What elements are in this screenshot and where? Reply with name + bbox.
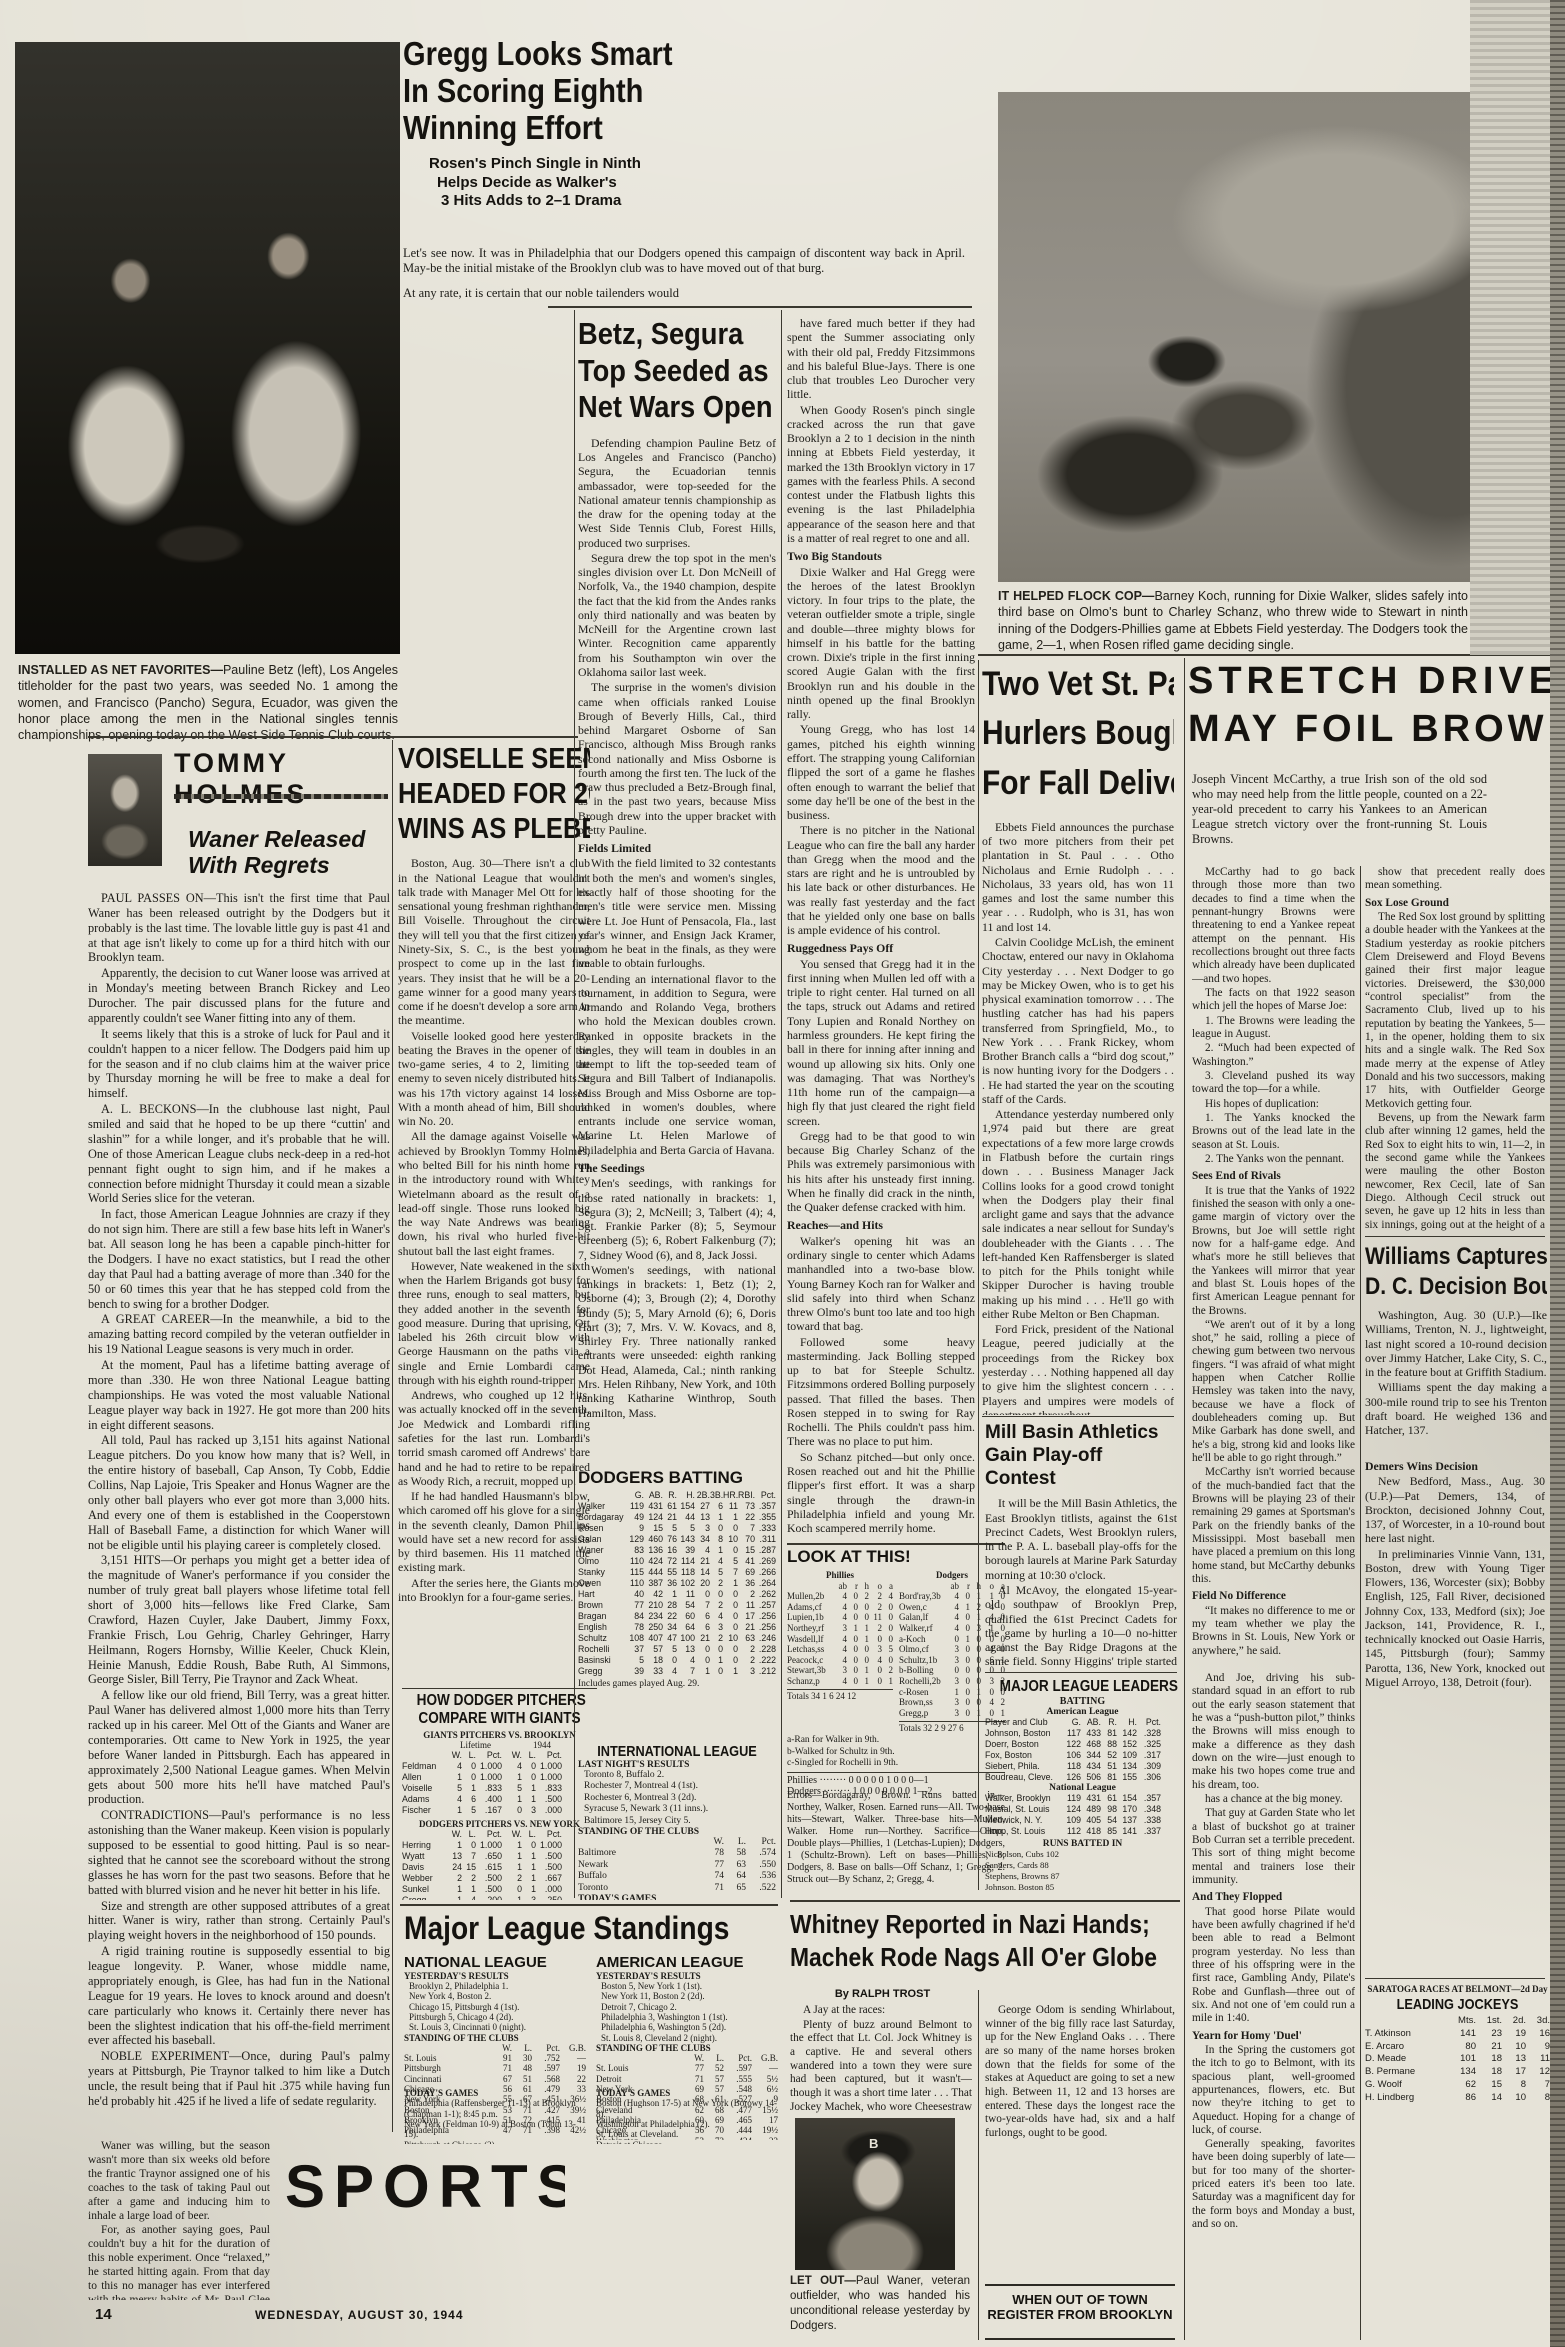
divider: [1365, 1978, 1545, 1979]
decorative-rule: [174, 794, 388, 799]
international-league: INTERNATIONAL LEAGUE LAST NIGHT'S RESULT…: [578, 1743, 776, 1900]
paragraph: Waner was willing, but the season wasn't…: [88, 2140, 270, 2223]
paragraph: Apparently, the decision to cut Waner lo…: [88, 966, 390, 1026]
table-row: W.L.Pct.G.B.: [404, 2043, 586, 2053]
paragraph: The surprise in the women's division cam…: [578, 680, 776, 837]
headline-line: VOISELLE SEEMS: [398, 742, 567, 777]
table-row: Hart40421110002.262: [578, 1589, 776, 1600]
lead-paragraph-2: At any rate, it is certain that our nobl…: [403, 286, 965, 302]
table-row: Owen11038736102202136.264: [578, 1578, 776, 1589]
section-rule: [402, 1688, 597, 1689]
table-row: W.L.Pct.G.B.: [596, 2053, 778, 2063]
divider: [985, 1672, 1177, 1673]
headline-line: Gregg Looks Smart: [403, 36, 642, 73]
column-rule: [1360, 866, 1361, 2340]
section-title: MAJOR LEAGUE LEADERS: [1000, 1678, 1166, 1696]
al-games: TODAY'S GAMES Boston (Hughson 17-5) at N…: [596, 2088, 778, 2144]
paragraph: PAUL PASSES ON—This isn't the first time…: [88, 891, 390, 965]
subsection-title: TODAY'S GAMES: [596, 2088, 778, 2098]
paragraph: The Seedings: [578, 1161, 776, 1175]
paragraph: 2. “Much had been expected of Washington…: [1192, 1042, 1355, 1069]
result-line: Syracuse 5, Newark 3 (11 inns.).: [584, 1804, 776, 1815]
paragraph: 1. The Browns were leading the league in…: [1192, 1015, 1355, 1042]
stretch-drive-col-a: McCarthy had to go back through those mo…: [1192, 866, 1355, 1666]
columnist-portrait: [88, 754, 162, 866]
table-title: GIANTS PITCHERS VS. BROOKLYN: [402, 1730, 597, 1740]
section-rule: [88, 736, 578, 738]
paragraph: 3,151 HITS—Or perhaps you might get a be…: [88, 1553, 390, 1687]
paragraph: 1. The Yanks knocked the Browns out of t…: [1192, 1112, 1355, 1152]
note-line: a-Ran for Walker in 9th.: [787, 1735, 1005, 1746]
paragraph: 2. The Yanks won the pennant.: [1192, 1153, 1355, 1166]
paragraph: After the series here, the Giants move i…: [398, 1576, 590, 1605]
photo-caption-left: INSTALLED AS NET FAVORITES—Pauline Betz …: [18, 662, 398, 742]
table-row: W.L.Pct.W.L.Pct.: [402, 1829, 597, 1840]
paragraph: McCarthy isn't worried because of the mu…: [1192, 1466, 1355, 1586]
headline-line: Mill Basin Athletics: [985, 1422, 1177, 1445]
league-title: AMERICAN LEAGUE: [596, 1954, 778, 1971]
subsection-title: STANDING OF THE CLUBS: [596, 2043, 778, 2053]
paragraph: Yearn for Homy 'Duel': [1192, 2030, 1355, 2043]
table-row: Schultz108407471002121063.246: [578, 1633, 776, 1644]
league-title: NATIONAL LEAGUE: [404, 1954, 586, 1971]
table-row: Webber22.50021.667: [402, 1873, 597, 1884]
racing-pretitle: SARATOGA RACES AT BELMONT—2d Day: [1365, 1984, 1550, 1994]
table-row: T. Atkinson141231916: [1365, 2028, 1550, 2041]
deck-line: Helps Decide as Walker's: [403, 174, 675, 193]
whitney-col-2: George Odom is sending Whirlabout, winne…: [985, 2004, 1175, 2272]
subsection-title: STANDING OF THE CLUBS: [578, 1827, 776, 1837]
paragraph: So Schanz pitched—but only once. Rosen r…: [787, 1450, 975, 1536]
divider: [982, 1416, 1174, 1417]
waner-photo-caption: LET OUT—Paul Waner, veteran outfielder, …: [790, 2274, 970, 2336]
register-notice: WHEN OUT OF TOWN REGISTER FROM BROOKLYN: [985, 2284, 1175, 2340]
headline-line: STRETCH DRIVE: [1188, 658, 1565, 706]
result-line: Brooklyn 2, Philadelphia 1.: [409, 1981, 586, 1991]
cap-letter: B: [869, 2136, 878, 2151]
lineup-row: Peacock,c40040: [787, 1655, 893, 1666]
table-row: Adams46.40011.500: [402, 1794, 597, 1805]
table-row: Toronto7165.522: [578, 1883, 776, 1894]
subsection-title: BATTING: [985, 1696, 1180, 1707]
paragraph: Ruggedness Pays Off: [787, 941, 975, 955]
table-row: Sunkel11.50001.000: [402, 1884, 597, 1895]
team-name: Phillies: [787, 1570, 893, 1581]
headline-line: Two Vet St. Paul: [982, 660, 1151, 709]
paragraph: All told, Paul has racked up 3,151 hits …: [88, 1433, 390, 1552]
subsection-title: YESTERDAY'S RESULTS: [404, 1971, 586, 1981]
table-row: Allen101.000101.000: [402, 1772, 597, 1783]
lineup-row: Letchas,ss40035: [787, 1644, 893, 1655]
paragraph: With the field limited to 32 contestants…: [578, 856, 776, 970]
lineup-row: Wasdell,lf40100: [787, 1634, 893, 1645]
story-body: Defending champion Pauline Betz of Los A…: [578, 436, 776, 1420]
paragraph: A fellow like our old friend, Bill Terry…: [88, 1688, 390, 1807]
standings-banner: Major League Standings: [404, 1910, 731, 1950]
paragraph: Generally speaking, favorites have been …: [1192, 2138, 1355, 2231]
paragraph: Sees End of Rivals: [1192, 1170, 1355, 1183]
paragraph: “It makes no difference to me or my team…: [1192, 1605, 1355, 1658]
paragraph: Attendance yesterday numbered only 1,974…: [982, 1107, 1174, 1321]
betz-segura-story: Betz, Segura Top Seeded as Net Wars Open…: [578, 316, 776, 1464]
paragraph: “We aren't out of it by a long shot,” he…: [1192, 1319, 1355, 1466]
result-line: New York 4, Boston 2.: [409, 1991, 586, 2001]
table-row: Basinski518040102.222: [578, 1655, 776, 1666]
paragraph: Voiselle looked good here yesterday beat…: [398, 1029, 590, 1129]
paragraph: A GREAT CAREER—In the meanwhile, a bid t…: [88, 1312, 390, 1357]
two-vet-story: Two Vet St. Paul Hurlers Bought For Fall…: [982, 660, 1174, 1415]
notice-line: WHEN OUT OF TOWN: [985, 2292, 1175, 2307]
paragraph: You sensed that Gregg had it in the firs…: [787, 957, 975, 1128]
headline-line: Net Wars Open: [578, 389, 752, 426]
paragraph: NOBLE EXPERIMENT—Once, during Paul's pal…: [88, 2049, 390, 2109]
line-score-phillies: Phillies ········ 0 0 0 0 0 1 0 0 0—1: [787, 1772, 1005, 1786]
table-row: G.AB.R.H.2B.3B.HR.RBI.Pct.: [578, 1490, 776, 1501]
subsection-title: TODAY'S GAMES: [578, 1894, 776, 1900]
column-title: TOMMY HOLMES: [174, 748, 390, 810]
result-line: Philadelphia 3, Washington 1 (1st).: [601, 2012, 778, 2022]
table-row: Walker, Brooklyn11943161154.357: [985, 1793, 1180, 1804]
paragraph: Women's seedings, with national rankings…: [578, 1263, 776, 1420]
paragraph: When Goody Rosen's pinch single cracked …: [787, 403, 975, 546]
paragraph: show that precedent really does mean som…: [1365, 866, 1545, 893]
paragraph: Two Big Standouts: [787, 549, 975, 563]
paragraph: A Jay at the races:: [790, 2004, 972, 2018]
story-body: Ebbets Field announces the purchase of t…: [982, 820, 1174, 1415]
byline: By RALPH TROST: [790, 1988, 975, 2002]
paragraph: Ebbets Field announces the purchase of t…: [982, 820, 1174, 934]
table-row: Hopp, St. Louis11241885141.337: [985, 1826, 1180, 1837]
table-row: Galan129460761433481070.311: [578, 1534, 776, 1545]
table-row: Medwick, N. Y.10940554137.338: [985, 1815, 1180, 1826]
paragraph: His hopes of duplication:: [1192, 1098, 1355, 1111]
paragraph: For, as another saying goes, Paul couldn…: [88, 2224, 270, 2300]
table-row: Doerr, Boston12246888152.325: [985, 1739, 1180, 1750]
paragraph: Followed some heavy masterminding. Jack …: [787, 1335, 975, 1449]
paragraph: In the Spring the customers got the itch…: [1192, 2044, 1355, 2137]
deck-line: Rosen's Pinch Single in Ninth: [403, 155, 675, 174]
table-row: Herring101.000101.000: [402, 1840, 597, 1851]
lead-paragraph: Let's see now. It was in Philadelphia th…: [403, 246, 965, 286]
table-row: Cincinnati6751.56822: [404, 2074, 586, 2084]
story-body: It will be the Mill Basin Athletics, the…: [985, 1496, 1177, 1670]
voiselle-story: VOISELLE SEEMS HEADED FOR 20 WINS AS PLE…: [398, 742, 590, 1686]
paragraph: And They Flopped: [1192, 1891, 1355, 1904]
result-line: Philadelphia 6, Washington 5 (2d).: [601, 2022, 778, 2032]
result-line: Chicago 15, Pittsburgh 4 (1st).: [409, 2002, 586, 2012]
dodgers-batting: DODGERS BATTING G.AB.R.H.2B.3B.HR.RBI.Pc…: [578, 1468, 776, 1740]
headline-line: Gain Play-off Contest: [985, 1445, 1177, 1491]
game-line: Philadelphia (Raffensberger 11-13) at Br…: [404, 2098, 586, 2119]
result-line: Rochester 7, Montreal 4 (1st).: [584, 1781, 776, 1792]
pitchers-comparison: HOW DODGER PITCHERS COMPARE WITH GIANTS …: [402, 1692, 597, 1900]
result-line: Boston 5, New York 1 (1st).: [601, 1981, 778, 1991]
tommy-holmes-column: TOMMY HOLMES Waner Released With Regrets…: [88, 742, 390, 2134]
headline-line: D. C. Decision Bout: [1365, 1272, 1525, 1302]
paragraph: Boston, Aug. 30—There isn't a club in th…: [398, 856, 590, 1027]
subsection-title: LAST NIGHT'S RESULTS: [578, 1760, 776, 1770]
table-row: G. Woolf621587: [1365, 2079, 1550, 2092]
paragraph: Gregg had to be that good to win because…: [787, 1129, 975, 1215]
game-line: New York (Feldman 10-9) at Boston (Tobin…: [404, 2119, 586, 2140]
divider: [400, 1904, 778, 1906]
paragraph: Fields Limited: [578, 841, 776, 855]
gregg-story-continuation: have fared much better if they had spent…: [787, 316, 975, 1538]
cut-column-artifact: [1470, 0, 1550, 655]
table-row: Gregg3933471013.212: [578, 1666, 776, 1677]
subsection-title: RUNS BATTED IN: [985, 1839, 1180, 1849]
table-row: W.L.Pct.W.L.Pct.: [402, 1750, 597, 1761]
paragraph: Lending an international flavor to the t…: [578, 972, 776, 1157]
paragraph: Williams spent the day making a 300-mile…: [1365, 1380, 1547, 1437]
paragraph: 3. Cleveland pushed its way toward the t…: [1192, 1070, 1355, 1097]
table-row: St. Louis7752.597—: [596, 2063, 778, 2073]
paragraph: That good horse Pilate would have been a…: [1192, 1906, 1355, 2026]
table-row: D. Meade101181311: [1365, 2053, 1550, 2066]
paragraph: Dixie Walker and Hal Gregg were the hero…: [787, 565, 975, 722]
section-title: COMPARE WITH GIANTS: [417, 1710, 583, 1728]
paragraph: Segura drew the top spot in the men's si…: [578, 551, 776, 679]
leader-line: Sanders, Cards 88: [985, 1860, 1180, 1871]
paragraph: has a chance at the big money.: [1192, 1793, 1355, 1806]
box-score-summary: Errors—Bordagaray, Brown. Runs batted in…: [787, 1790, 1005, 1895]
williams-bout-story: Williams Captures D. C. Decision Bout Wa…: [1365, 1242, 1547, 1450]
group-header: Lifetime: [460, 1740, 491, 1750]
table-row: Rochelli37575130002.228: [578, 1644, 776, 1655]
paragraph: That guy at Garden State who let a blast…: [1192, 1807, 1355, 1887]
table-row: Rosen915553007.333: [578, 1523, 776, 1534]
paragraph: CONTRADICTIONS—Paul's performance is no …: [88, 1808, 390, 1897]
whitney-headline: Whitney Reported in Nazi Hands; Machek R…: [790, 1908, 1182, 1986]
table-row: B. Permane134181712: [1365, 2066, 1550, 2079]
table-row: English78250346463021.256: [578, 1622, 776, 1633]
group-header: 1944: [533, 1740, 551, 1750]
divider: [548, 306, 972, 308]
paragraph: It is true that the Yanks of 1922 finish…: [1192, 1185, 1355, 1318]
table-row: Newark7763.550: [578, 1860, 776, 1871]
subsection-title: YESTERDAY'S RESULTS: [596, 1971, 778, 1981]
caption-lead-in: LET OUT—: [790, 2275, 856, 2287]
divider: [787, 1543, 1005, 1545]
headline-line: In Scoring Eighth: [403, 73, 642, 110]
headline-line: Betz, Segura: [578, 316, 752, 353]
slide-play-photo: [998, 92, 1470, 582]
mill-basin-story: Mill Basin Athletics Gain Play-off Conte…: [985, 1422, 1177, 1670]
demers-story: Demers Wins Decision New Bedford, Mass.,…: [1365, 1455, 1545, 1705]
table-row: Buffalo7464.536: [578, 1871, 776, 1882]
headline-line: Winning Effort: [403, 110, 642, 147]
deck-line: 3 Hits Adds to 2–1 Drama: [403, 192, 675, 211]
date-line: WEDNESDAY, AUGUST 30, 1944: [255, 2308, 515, 2326]
column-rule: [781, 310, 782, 1898]
paragraph: have fared much better if they had spent…: [787, 316, 975, 402]
lineup-row: Stewart,3b30102: [787, 1665, 893, 1676]
table-row: Baltimore7858.574: [578, 1848, 776, 1859]
table-row: Bordagaray491242144131122.355: [578, 1512, 776, 1523]
column-body: PAUL PASSES ON—This isn't the first time…: [88, 891, 390, 2109]
paragraph: Defending champion Pauline Betz of Los A…: [578, 436, 776, 550]
paragraph: In preliminaries Vinnie Vann, 131, Bosto…: [1365, 1547, 1545, 1690]
column-rule: [978, 1990, 979, 2340]
table-row: Davis2415.61511.500: [402, 1862, 597, 1873]
lineup-row: Lupien,1b400110: [787, 1612, 893, 1623]
paragraph: The Red Sox lost ground by splitting a d…: [1365, 911, 1545, 1111]
box-score-title: LOOK AT THIS!: [787, 1547, 1005, 1567]
table-row: Gregg14.20013.250: [402, 1895, 597, 1900]
paragraph: George Odom is sending Whirlabout, winne…: [985, 2004, 1175, 2141]
paragraph: However, Nate weakened in the sixth when…: [398, 1259, 590, 1387]
paragraph: Size and strength are other supposed att…: [88, 1899, 390, 1944]
racing-notes-column: And Joe, driving his sub-standard squad …: [1192, 1672, 1355, 2340]
column-rule: [978, 660, 979, 1890]
subsection-title: STANDING OF THE CLUBS: [404, 2033, 586, 2043]
stretch-drive-headline: STRETCH DRIVE MAY FOIL BROWNS: [1188, 658, 1565, 768]
tennis-favorites-photo: [15, 42, 400, 654]
result-line: Baltimore 15, Jersey City 5.: [584, 1816, 776, 1827]
paragraph: Calvin Coolidge McLish, the eminent Choc…: [982, 935, 1174, 1106]
league-label: American League: [985, 1707, 1180, 1717]
table-row: Pittsburgh7148.59719: [404, 2063, 586, 2073]
paragraph: The facts on that 1922 season which jell…: [1192, 987, 1355, 1014]
result-line: Detroit 7, Chicago 2.: [601, 2002, 778, 2012]
table-row: Wyatt137.65011.500: [402, 1851, 597, 1862]
table-row: Musial, St. Louis12448998170.348: [985, 1804, 1180, 1815]
table-row: Boudreau, Cleve.12650681155.306: [985, 1772, 1180, 1783]
table-row: Voiselle51.83351.833: [402, 1783, 597, 1794]
whitney-col-1: A Jay at the races:Plenty of buzz around…: [790, 2004, 972, 2114]
paragraph: Andrews, who coughed up 12 hits, was act…: [398, 1388, 590, 1488]
sports-masthead: SPORTS: [285, 2152, 565, 2242]
section-title: HOW DODGER PITCHERS: [417, 1692, 583, 1710]
lead-story-headline-block: Gregg Looks Smart In Scoring Eighth Winn…: [403, 36, 675, 242]
result-line: New York 11, Boston 2 (2d).: [601, 1991, 778, 2001]
table-row: Siebert, Phila.11843451134.309: [985, 1761, 1180, 1772]
nl-games: TODAY'S GAMES Philadelphia (Raffensberge…: [404, 2088, 586, 2144]
major-league-leaders: MAJOR LEAGUE LEADERS BATTING American Le…: [985, 1678, 1180, 1890]
game-line: Pittsburgh at Chicago (2).: [404, 2140, 586, 2144]
paragraph: Bevens, up from the Newark farm club aft…: [1365, 1112, 1545, 1232]
paragraph: Al McAvoy, the elongated 15-year-old sou…: [985, 1583, 1177, 1670]
paragraph: Field No Difference: [1192, 1590, 1355, 1603]
paragraph: If he had handled Hausmann's blow, which…: [398, 1489, 590, 1575]
leader-line: Stephens, Browns 87: [985, 1871, 1180, 1882]
caption-lead-in: INSTALLED AS NET FAVORITES—: [18, 663, 223, 677]
newspaper-page: INSTALLED AS NET FAVORITES—Pauline Betz …: [0, 0, 1565, 2347]
note-line: c-Singled for Rochelli in 9th.: [787, 1758, 1005, 1769]
column-deck: With Regrets: [188, 852, 390, 878]
headline-line: Hurlers Bought: [982, 709, 1151, 758]
table-row: Walker119431611542761173.357: [578, 1501, 776, 1512]
paragraph: Ford Frick, president of the National Le…: [982, 1322, 1174, 1415]
headline-line: WINS AS PLEBE: [398, 812, 567, 847]
table-row: St. Louis9130.752—: [404, 2053, 586, 2063]
table-row: Feldman401.000401.000: [402, 1761, 597, 1772]
page-edge-artifact: [1550, 0, 1565, 2347]
result-line: St. Louis 3, Cincinnati 0 (night).: [409, 2022, 586, 2032]
table-row: Fox, Boston10634452109.317: [985, 1750, 1180, 1761]
lineup-row: Mullen,2b40224: [787, 1591, 893, 1602]
paragraph: McCarthy had to go back through those mo…: [1192, 866, 1355, 986]
lineup-row: Adams,cf40020: [787, 1602, 893, 1613]
table-row: Bragan84234226064017.256: [578, 1611, 776, 1622]
waner-photo: B: [795, 2118, 955, 2270]
leading-jockeys: SARATOGA RACES AT BELMONT—2d Day LEADING…: [1365, 1984, 1550, 2340]
table-title: DODGERS PITCHERS VS. NEW YORK: [402, 1819, 597, 1829]
table-row: Olmo11042472114214541.269: [578, 1556, 776, 1567]
table-row: Johnson, Boston11743381142.328: [985, 1728, 1180, 1739]
paragraph: Men's seedings, with rankings for those …: [578, 1176, 776, 1262]
photo-caption-right: IT HELPED FLOCK COP—Barney Koch, running…: [998, 588, 1468, 652]
game-line: St. Louis at Cleveland.: [596, 2129, 778, 2139]
headline-line: MAY FOIL BROWNS: [1188, 706, 1565, 754]
paragraph: All the damage against Voiselle was achi…: [398, 1129, 590, 1257]
notice-line: REGISTER FROM BROOKLYN: [985, 2307, 1175, 2322]
table-row: Waner83136163941015.287: [578, 1545, 776, 1556]
paragraph: A rigid training routine is supposedly e…: [88, 1944, 390, 2048]
paragraph: Young Gregg, who has lost 14 games, pitc…: [787, 722, 975, 822]
table-note: Includes games played Aug. 29.: [578, 1679, 776, 1689]
game-line: Boston (Hughson 17-5) at New York (Borow…: [596, 2098, 778, 2119]
headline-line: HEADED FOR 20: [398, 777, 567, 812]
leader-line: Johnson, Boston 85: [985, 1882, 1180, 1890]
note-line: b-Walked for Schultz in 9th.: [787, 1747, 1005, 1758]
box-score-notes: a-Ran for Walker in 9th.b-Walked for Sch…: [787, 1735, 1005, 1769]
result-line: Pittsburgh 5, Chicago 4 (2d).: [409, 2012, 586, 2022]
paragraph: New Bedford, Mass., Aug. 30 (U.P.)—Pat D…: [1365, 1474, 1545, 1545]
result-line: Toronto 8, Buffalo 2.: [584, 1770, 776, 1781]
section-title: DODGERS BATTING: [578, 1468, 776, 1488]
paragraph: At the moment, Paul has a lifetime batti…: [88, 1358, 390, 1432]
page-number: 14: [95, 2306, 135, 2326]
game-line: Washington at Philadelphia (2).: [596, 2119, 778, 2129]
section-title: INTERNATIONAL LEAGUE: [593, 1743, 761, 1760]
tommy-holmes-column-leg: Waner was willing, but the season wasn't…: [88, 2140, 270, 2300]
paragraph: Walker's opening hit was an ordinary sin…: [787, 1234, 975, 1334]
stretch-drive-lead: Joseph Vincent McCarthy, a true Irish so…: [1192, 772, 1487, 864]
headline-line: Machek Rode Nags All O'er Globe: [790, 1941, 1135, 1974]
paragraph: Plenty of buzz around Belmont to the eff…: [790, 2019, 972, 2114]
column-rule: [574, 310, 575, 1898]
result-line: Rochester 6, Montreal 3 (2d).: [584, 1793, 776, 1804]
league-label: National League: [985, 1783, 1180, 1793]
table-row: E. Arcaro8021109: [1365, 2041, 1550, 2054]
paragraph: Washington, Aug. 30 (U.P.)—Ike Williams,…: [1365, 1308, 1547, 1379]
story-body: Washington, Aug. 30 (U.P.)—Ike Williams,…: [1365, 1308, 1547, 1437]
team-totals: Totals 34 1 6 24 12: [787, 1689, 893, 1702]
headline-line: Williams Captures: [1365, 1242, 1525, 1272]
paragraph: In fact, those American League Johnnies …: [88, 1207, 390, 1311]
headline-line: Top Seeded as: [578, 353, 752, 390]
subsection-title: TODAY'S GAMES: [404, 2088, 586, 2098]
column-deck: Waner Released: [188, 826, 390, 852]
leader-line: Nicholson, Cubs 102: [985, 1849, 1180, 1860]
paragraph: Reaches—and Hits: [787, 1218, 975, 1232]
game-line: Detroit at Chicago.: [596, 2140, 778, 2144]
lineup-row: abrhoa: [787, 1581, 893, 1592]
column-rule: [1184, 658, 1185, 2340]
table-row: H. Lindberg8614108: [1365, 2092, 1550, 2105]
paragraph: It seems likely that this is a stroke of…: [88, 1027, 390, 1101]
table-row: Mts.1st.2d.3d.: [1365, 2015, 1550, 2028]
divider: [1365, 1236, 1545, 1237]
table-row: Brown77210285472011.257: [578, 1600, 776, 1611]
paragraph: And Joe, driving his sub-standard squad …: [1192, 1672, 1355, 1792]
headline-line: Whitney Reported in Nazi Hands;: [790, 1908, 1135, 1941]
table-row: Detroit7157.5555½: [596, 2074, 778, 2084]
divider: [790, 1900, 1180, 1902]
result-line: St. Louis 8, Cleveland 2 (night).: [601, 2033, 778, 2043]
table-row: Stanky11544455118145769.266: [578, 1567, 776, 1578]
